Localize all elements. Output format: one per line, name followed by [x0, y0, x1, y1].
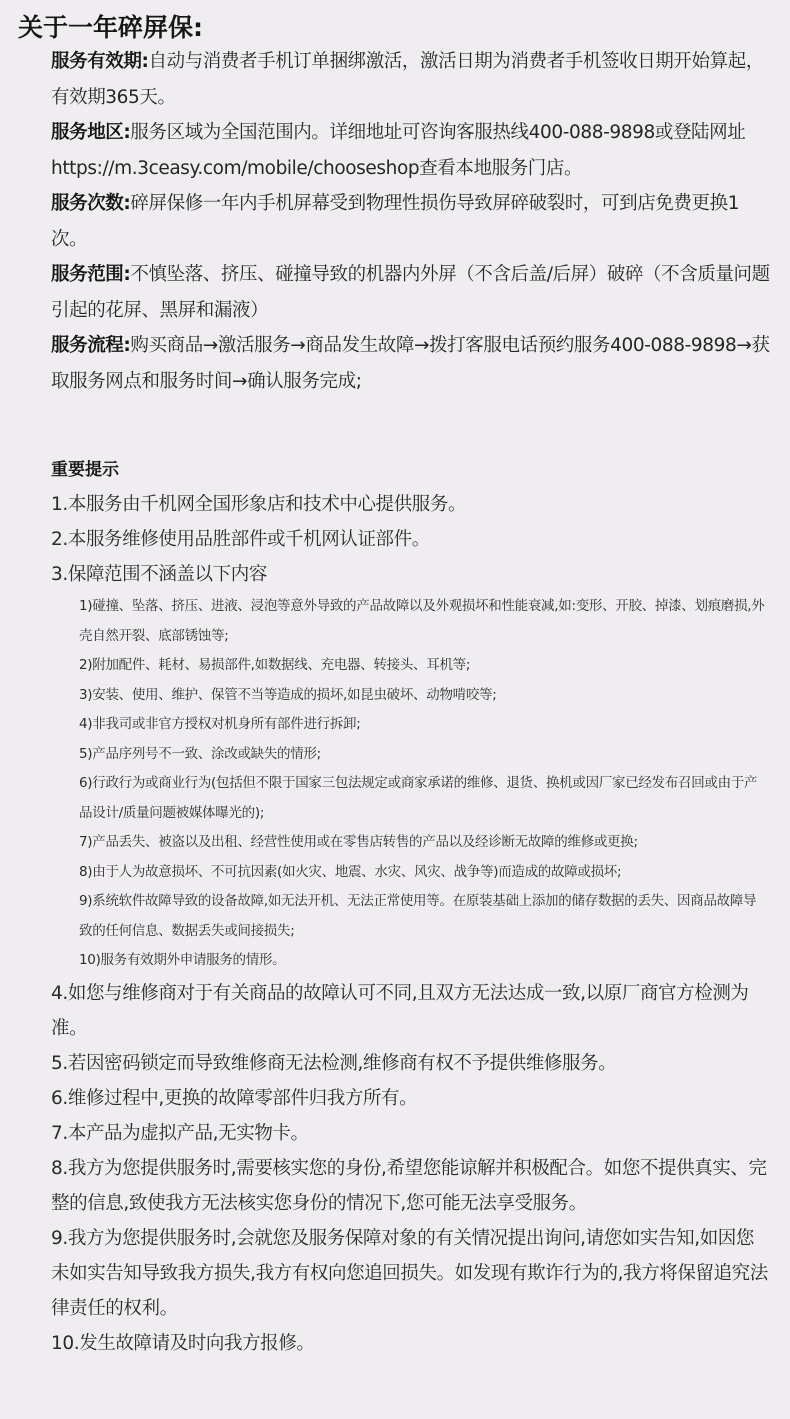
- notice-item: 10.发生故障请及时向我方报修。: [51, 1326, 771, 1361]
- section-spacer: [51, 399, 771, 453]
- exclusion-item: 2)附加配件、耗材、易损部件,如数据线、充电器、转接头、耳机等;: [79, 651, 765, 681]
- service-process-label: 服务流程:: [51, 335, 130, 356]
- service-validity: 服务有效期:自动与消费者手机订单捆绑激活，激活日期为消费者手机签收日期开始算起，…: [51, 44, 771, 115]
- screen-protection-info-page: 关于一年碎屏保: 服务有效期:自动与消费者手机订单捆绑激活，激活日期为消费者手机…: [0, 0, 790, 1419]
- notice-item: 8.我方为您提供服务时,需要核实您的身份,希望您能谅解并积极配合。如您不提供真实…: [51, 1151, 771, 1221]
- exclusion-item: 9)系统软件故障导致的设备故障,如无法开机、无法正常使用等。在原装基础上添加的储…: [79, 887, 765, 946]
- notice-item: 4.如您与维修商对于有关商品的故障认可不同,且双方无法达成一致,以原厂商官方检测…: [51, 976, 771, 1046]
- service-scope: 服务范围:不慎坠落、挤压、碰撞导致的机器内外屏（不含后盖/后屏）破碎（不含质量问…: [51, 257, 771, 328]
- service-scope-label: 服务范围:: [51, 264, 130, 285]
- service-count-label: 服务次数:: [51, 193, 130, 214]
- service-region: 服务地区:服务区域为全国范围内。详细地址可咨询客服热线400-088-9898或…: [51, 115, 771, 186]
- exclusion-item: 6)行政行为或商业行为(包括但不限于国家三包法规定或商家承诺的维修、退货、换机或…: [79, 769, 765, 828]
- notice-item: 5.若因密码锁定而导致维修商无法检测,维修商有权不予提供维修服务。: [51, 1046, 771, 1081]
- notice-item: 9.我方为您提供服务时,会就您及服务保障对象的有关情况提出询问,请您如实告知,如…: [51, 1221, 771, 1326]
- notice-item: 1.本服务由千机网全国形象店和技术中心提供服务。: [51, 487, 771, 522]
- service-validity-text: 自动与消费者手机订单捆绑激活，激活日期为消费者手机签收日期开始算起，有效期365…: [51, 51, 764, 108]
- service-region-text: 服务区域为全国范围内。详细地址可咨询客服热线400-088-9898或登陆网址h…: [51, 122, 745, 179]
- service-count: 服务次数:碎屏保修一年内手机屏幕受到物理性损伤导致屏碎破裂时，可到店免费更换1次…: [51, 186, 771, 257]
- notice-item: 3.保障范围不涵盖以下内容: [51, 557, 771, 592]
- exclusion-item: 4)非我司或非官方授权对机身所有部件进行拆卸;: [79, 710, 765, 740]
- content-body: 服务有效期:自动与消费者手机订单捆绑激活，激活日期为消费者手机签收日期开始算起，…: [51, 44, 771, 1361]
- service-validity-label: 服务有效期:: [51, 51, 149, 72]
- exclusion-item: 5)产品序列号不一致、涂改或缺失的情形;: [79, 740, 765, 770]
- page-title: 关于一年碎屏保:: [18, 8, 203, 44]
- service-scope-text: 不慎坠落、挤压、碰撞导致的机器内外屏（不含后盖/后屏）破碎（不含质量问题引起的花…: [51, 264, 770, 321]
- exclusion-item: 1)碰撞、坠落、挤压、进液、浸泡等意外导致的产品故障以及外观损坏和性能衰减,如:…: [79, 592, 765, 651]
- service-process-text: 购买商品→激活服务→商品发生故障→拨打客服电话预约服务400-088-9898→…: [51, 335, 770, 392]
- service-region-label: 服务地区:: [51, 122, 130, 143]
- notice-item: 7.本产品为虚拟产品,无实物卡。: [51, 1116, 771, 1151]
- exclusion-item: 10)服务有效期外申请服务的情形。: [79, 946, 765, 976]
- exclusion-item: 8)由于人为故意损坏、不可抗因素(如火灾、地震、水灾、风灾、战争等)而造成的故障…: [79, 858, 765, 888]
- notice-heading: 重要提示: [51, 453, 771, 487]
- notice-item: 6.维修过程中,更换的故障零部件归我方所有。: [51, 1081, 771, 1116]
- service-process: 服务流程:购买商品→激活服务→商品发生故障→拨打客服电话预约服务400-088-…: [51, 328, 771, 399]
- exclusion-list: 1)碰撞、坠落、挤压、进液、浸泡等意外导致的产品故障以及外观损坏和性能衰减,如:…: [51, 592, 765, 976]
- notice-item: 2.本服务维修使用品胜部件或千机网认证部件。: [51, 522, 771, 557]
- exclusion-item: 7)产品丢失、被盗以及出租、经营性使用或在零售店转售的产品以及经诊断无故障的维修…: [79, 828, 765, 858]
- exclusion-item: 3)安装、使用、维护、保管不当等造成的损坏,如昆虫破坏、动物啃咬等;: [79, 681, 765, 711]
- service-count-text: 碎屏保修一年内手机屏幕受到物理性损伤导致屏碎破裂时，可到店免费更换1次。: [51, 193, 739, 250]
